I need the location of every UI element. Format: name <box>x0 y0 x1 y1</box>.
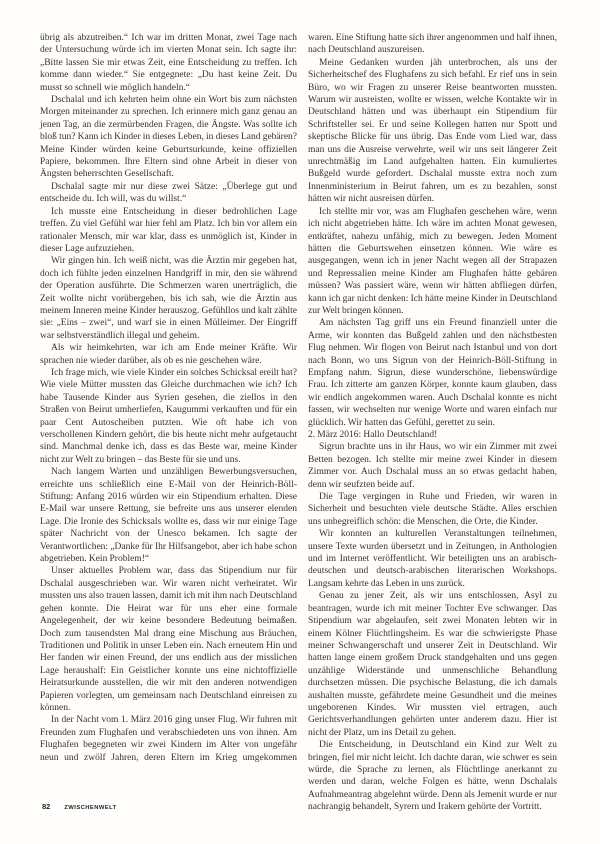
paragraph: Unser aktuelles Problem war, dass das St… <box>40 565 297 714</box>
paragraph: Nach langem Warten und unzähligen Bewerb… <box>40 466 297 565</box>
scanned-journal-page: übrig als abzutreiben.“ Ich war im dritt… <box>0 0 600 844</box>
paragraph: Wir konnten an kulturellen Veranstaltung… <box>308 528 557 590</box>
text-column-left: übrig als abzutreiben.“ Ich war im dritt… <box>40 32 297 814</box>
journal-name: ZWISCHENWELT <box>64 805 116 811</box>
page-footer: 82 ZWISCHENWELT <box>42 802 117 811</box>
paragraph: Ich frage mich, wie viele Kinder ein sol… <box>40 367 297 466</box>
paragraph: Wir gingen hin. Ich weiß nicht, was die … <box>40 255 297 342</box>
paragraph: In der Nacht vom 1. März 2016 ging unser… <box>40 714 297 764</box>
article-body: übrig als abzutreiben.“ Ich war im dritt… <box>40 32 557 814</box>
paragraph: Die Tage vergingen in Ruhe und Frieden, … <box>308 491 557 528</box>
paragraph: Als wir heimkehrten, war ich am Ende mei… <box>40 342 297 367</box>
page-number: 82 <box>42 802 50 811</box>
paragraph: Ich musste eine Entscheidung in dieser b… <box>40 206 297 256</box>
paragraph: Am nächsten Tag griff uns ein Freund fin… <box>308 317 557 429</box>
paragraph: Ich stellte mir vor, was am Flughafen ge… <box>308 206 557 318</box>
paragraph: Die Entscheidung, in Deutschland ein Kin… <box>308 739 557 813</box>
paragraph: Dschalal sagte mir nur diese zwei Sätze:… <box>40 181 297 206</box>
date-heading-line: 2. März 2016: Hallo Deutschland! <box>308 429 557 441</box>
paragraph: Sigrun brachte uns in ihr Haus, wo wir e… <box>308 441 557 491</box>
paragraph: Genau zu jener Zeit, als wir uns entschl… <box>308 590 557 739</box>
paragraph: übrig als abzutreiben.“ Ich war im dritt… <box>40 32 297 94</box>
paragraph: Meine Gedanken wurden jäh unterbrochen, … <box>308 57 557 206</box>
paragraph: waren. Eine Stiftung hatte sich ihrer an… <box>308 32 557 57</box>
paragraph: Dschalal und ich kehrten heim ohne ein W… <box>40 94 297 181</box>
text-column-right: waren. Eine Stiftung hatte sich ihrer an… <box>308 32 557 814</box>
